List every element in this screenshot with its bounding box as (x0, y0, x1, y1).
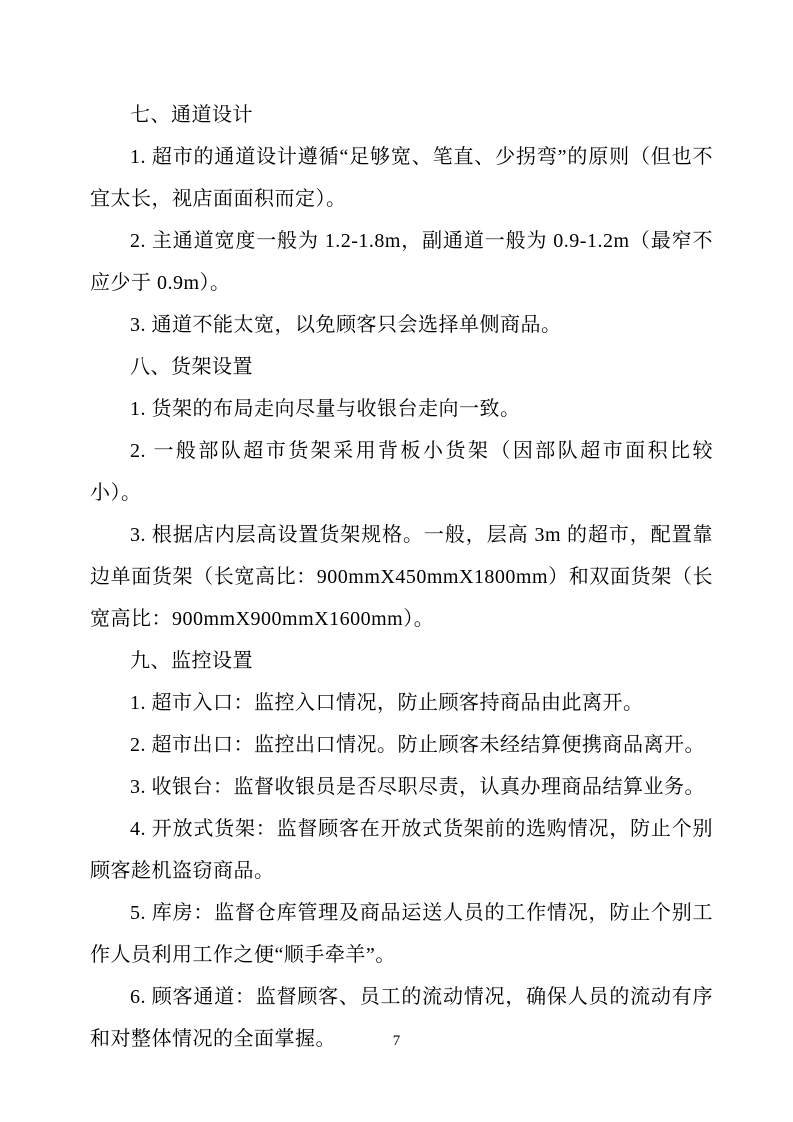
paragraph: 八、货架设置 (90, 346, 713, 388)
paragraph: 1. 超市的通道设计遵循“足够宽、笔直、少拐弯”的原则（但也不宜太长，视店面面积… (90, 136, 713, 220)
paragraph: 3. 根据店内层高设置货架规格。一般，层高 3m 的超市，配置靠边单面货架（长宽… (90, 514, 713, 640)
paragraph: 4. 开放式货架：监督顾客在开放式货架前的选购情况，防止个别顾客趁机盗窃商品。 (90, 808, 713, 892)
document-page: 七、通道设计1. 超市的通道设计遵循“足够宽、笔直、少拐弯”的原则（但也不宜太长… (0, 0, 793, 1122)
paragraph: 2. 超市出口：监控出口情况。防止顾客未经结算便携商品离开。 (90, 724, 713, 766)
paragraph: 3. 收银台：监督收银员是否尽职尽责，认真办理商品结算业务。 (90, 766, 713, 808)
paragraph: 七、通道设计 (90, 94, 713, 136)
paragraph: 5. 库房：监督仓库管理及商品运送人员的工作情况，防止个别工作人员利用工作之便“… (90, 892, 713, 976)
paragraph: 1. 超市入口：监控入口情况，防止顾客持商品由此离开。 (90, 682, 713, 724)
document-body: 七、通道设计1. 超市的通道设计遵循“足够宽、笔直、少拐弯”的原则（但也不宜太长… (90, 94, 713, 1060)
paragraph: 2. 一般部队超市货架采用背板小货架（因部队超市面积比较小）。 (90, 430, 713, 514)
page-number: 7 (0, 1030, 793, 1052)
paragraph: 九、监控设置 (90, 640, 713, 682)
paragraph: 2. 主通道宽度一般为 1.2-1.8m，副通道一般为 0.9-1.2m（最窄不… (90, 220, 713, 304)
paragraph: 3. 通道不能太宽，以免顾客只会选择单侧商品。 (90, 304, 713, 346)
paragraph: 1. 货架的布局走向尽量与收银台走向一致。 (90, 388, 713, 430)
